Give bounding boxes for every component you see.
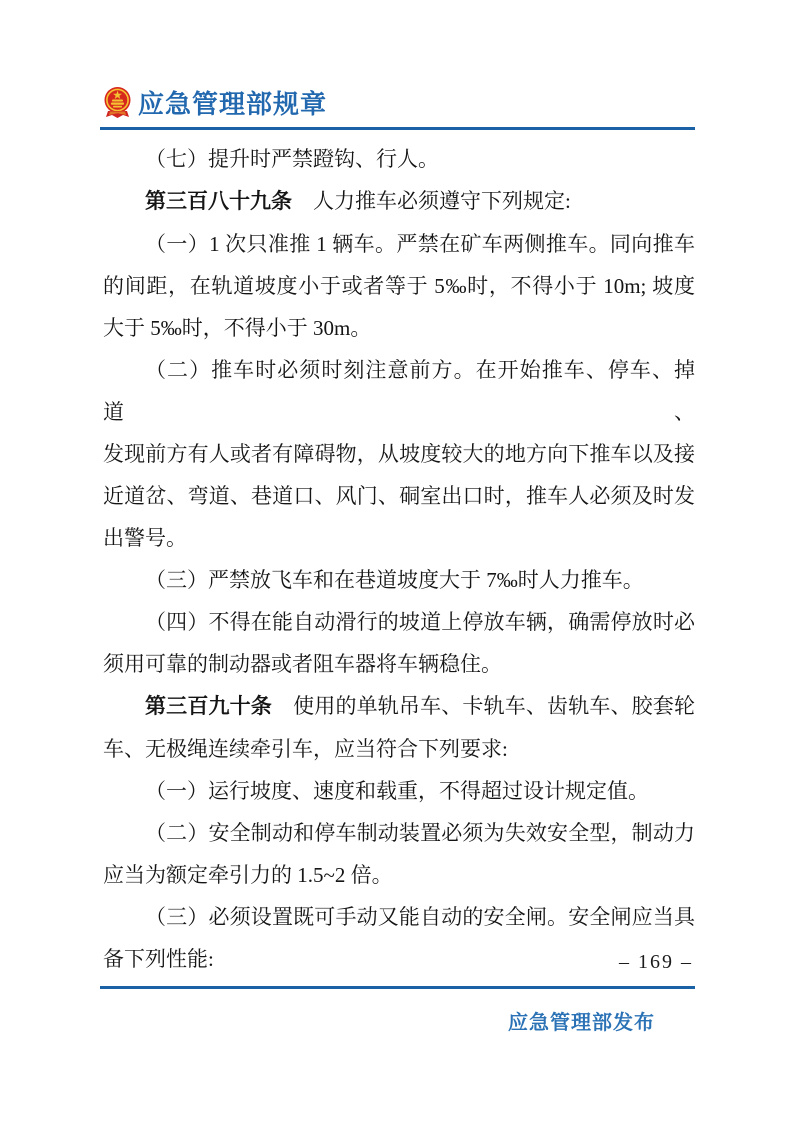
text-line: 出警号。 (103, 517, 695, 559)
national-emblem-icon (103, 86, 132, 119)
footer-rule (100, 986, 695, 989)
text-line: （三）必须设置既可手动又能自动的安全闸。安全闸应当具 (103, 896, 695, 938)
text-line: 的间距，在轨道坡度小于或者等于 5‰时，不得小于 10m; 坡度 (103, 265, 695, 307)
article-number: 第三百八十九条 (145, 190, 292, 213)
text-line: （三）严禁放飞车和在巷道坡度大于 7‰时人力推车。 (103, 559, 695, 601)
text-line: （四）不得在能自动滑行的坡道上停放车辆，确需停放时必 (103, 601, 695, 643)
page-number: – 169 – (619, 951, 693, 974)
text-line: 第三百八十九条 人力推车必须遵守下列规定: (103, 180, 695, 223)
text-line: （七）提升时严禁蹬钩、行人。 (103, 138, 695, 180)
text-line: （一）1 次只准推 1 辆车。严禁在矿车两侧推车。同向推车 (103, 223, 695, 265)
text-line: 发现前方有人或者有障碍物，从坡度较大的地方向下推车以及接 (103, 433, 695, 475)
text-line: 第三百九十条 使用的单轨吊车、卡轨车、齿轨车、胶套轮 (103, 685, 695, 728)
document-page: 应急管理部规章 （七）提升时严禁蹬钩、行人。第三百八十九条 人力推车必须遵守下列… (0, 0, 793, 1122)
text-line: 应当为额定牵引力的 1.5~2 倍。 (103, 854, 695, 896)
text-line: （二）推车时必须时刻注意前方。在开始推车、停车、掉道、 (103, 349, 695, 433)
page-header: 应急管理部规章 (103, 84, 327, 121)
header-rule (100, 127, 695, 130)
page-title: 应急管理部规章 (138, 84, 327, 121)
text-line: （一）运行坡度、速度和载重，不得超过设计规定值。 (103, 770, 695, 812)
text-line: 须用可靠的制动器或者阻车器将车辆稳住。 (103, 643, 695, 685)
document-body: （七）提升时严禁蹬钩、行人。第三百八十九条 人力推车必须遵守下列规定:（一）1 … (103, 138, 695, 980)
article-number: 第三百九十条 (145, 695, 272, 718)
text-line: 车、无极绳连续牵引车，应当符合下列要求: (103, 728, 695, 770)
publisher-label: 应急管理部发布 (508, 1006, 655, 1035)
text-line: （二）安全制动和停车制动装置必须为失效安全型，制动力 (103, 812, 695, 854)
text-line: 近道岔、弯道、巷道口、风门、硐室出口时，推车人必须及时发 (103, 475, 695, 517)
text-line: 大于 5‰时，不得小于 30m。 (103, 307, 695, 349)
text-line: 备下列性能: (103, 938, 695, 980)
